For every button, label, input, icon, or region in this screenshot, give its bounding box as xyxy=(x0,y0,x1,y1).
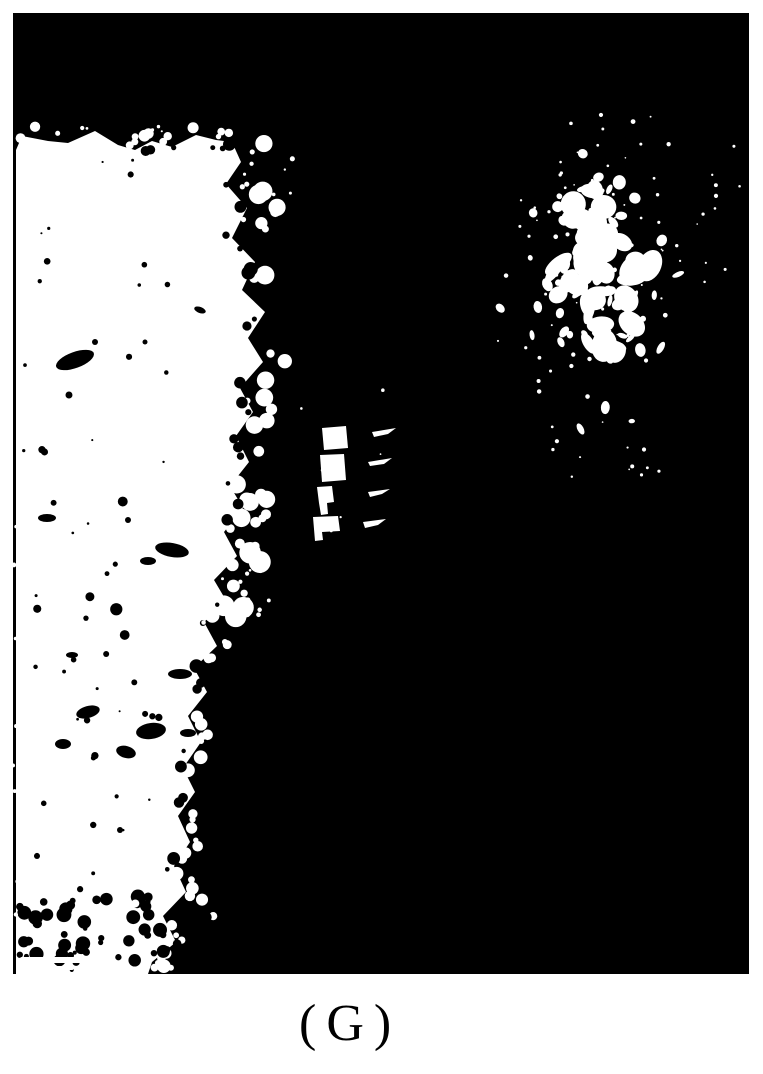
figure-page: (G) xyxy=(0,0,763,1074)
figure-image xyxy=(0,0,763,1074)
binary-segmented-image xyxy=(0,0,763,1074)
figure-label: (G) xyxy=(299,994,479,1053)
